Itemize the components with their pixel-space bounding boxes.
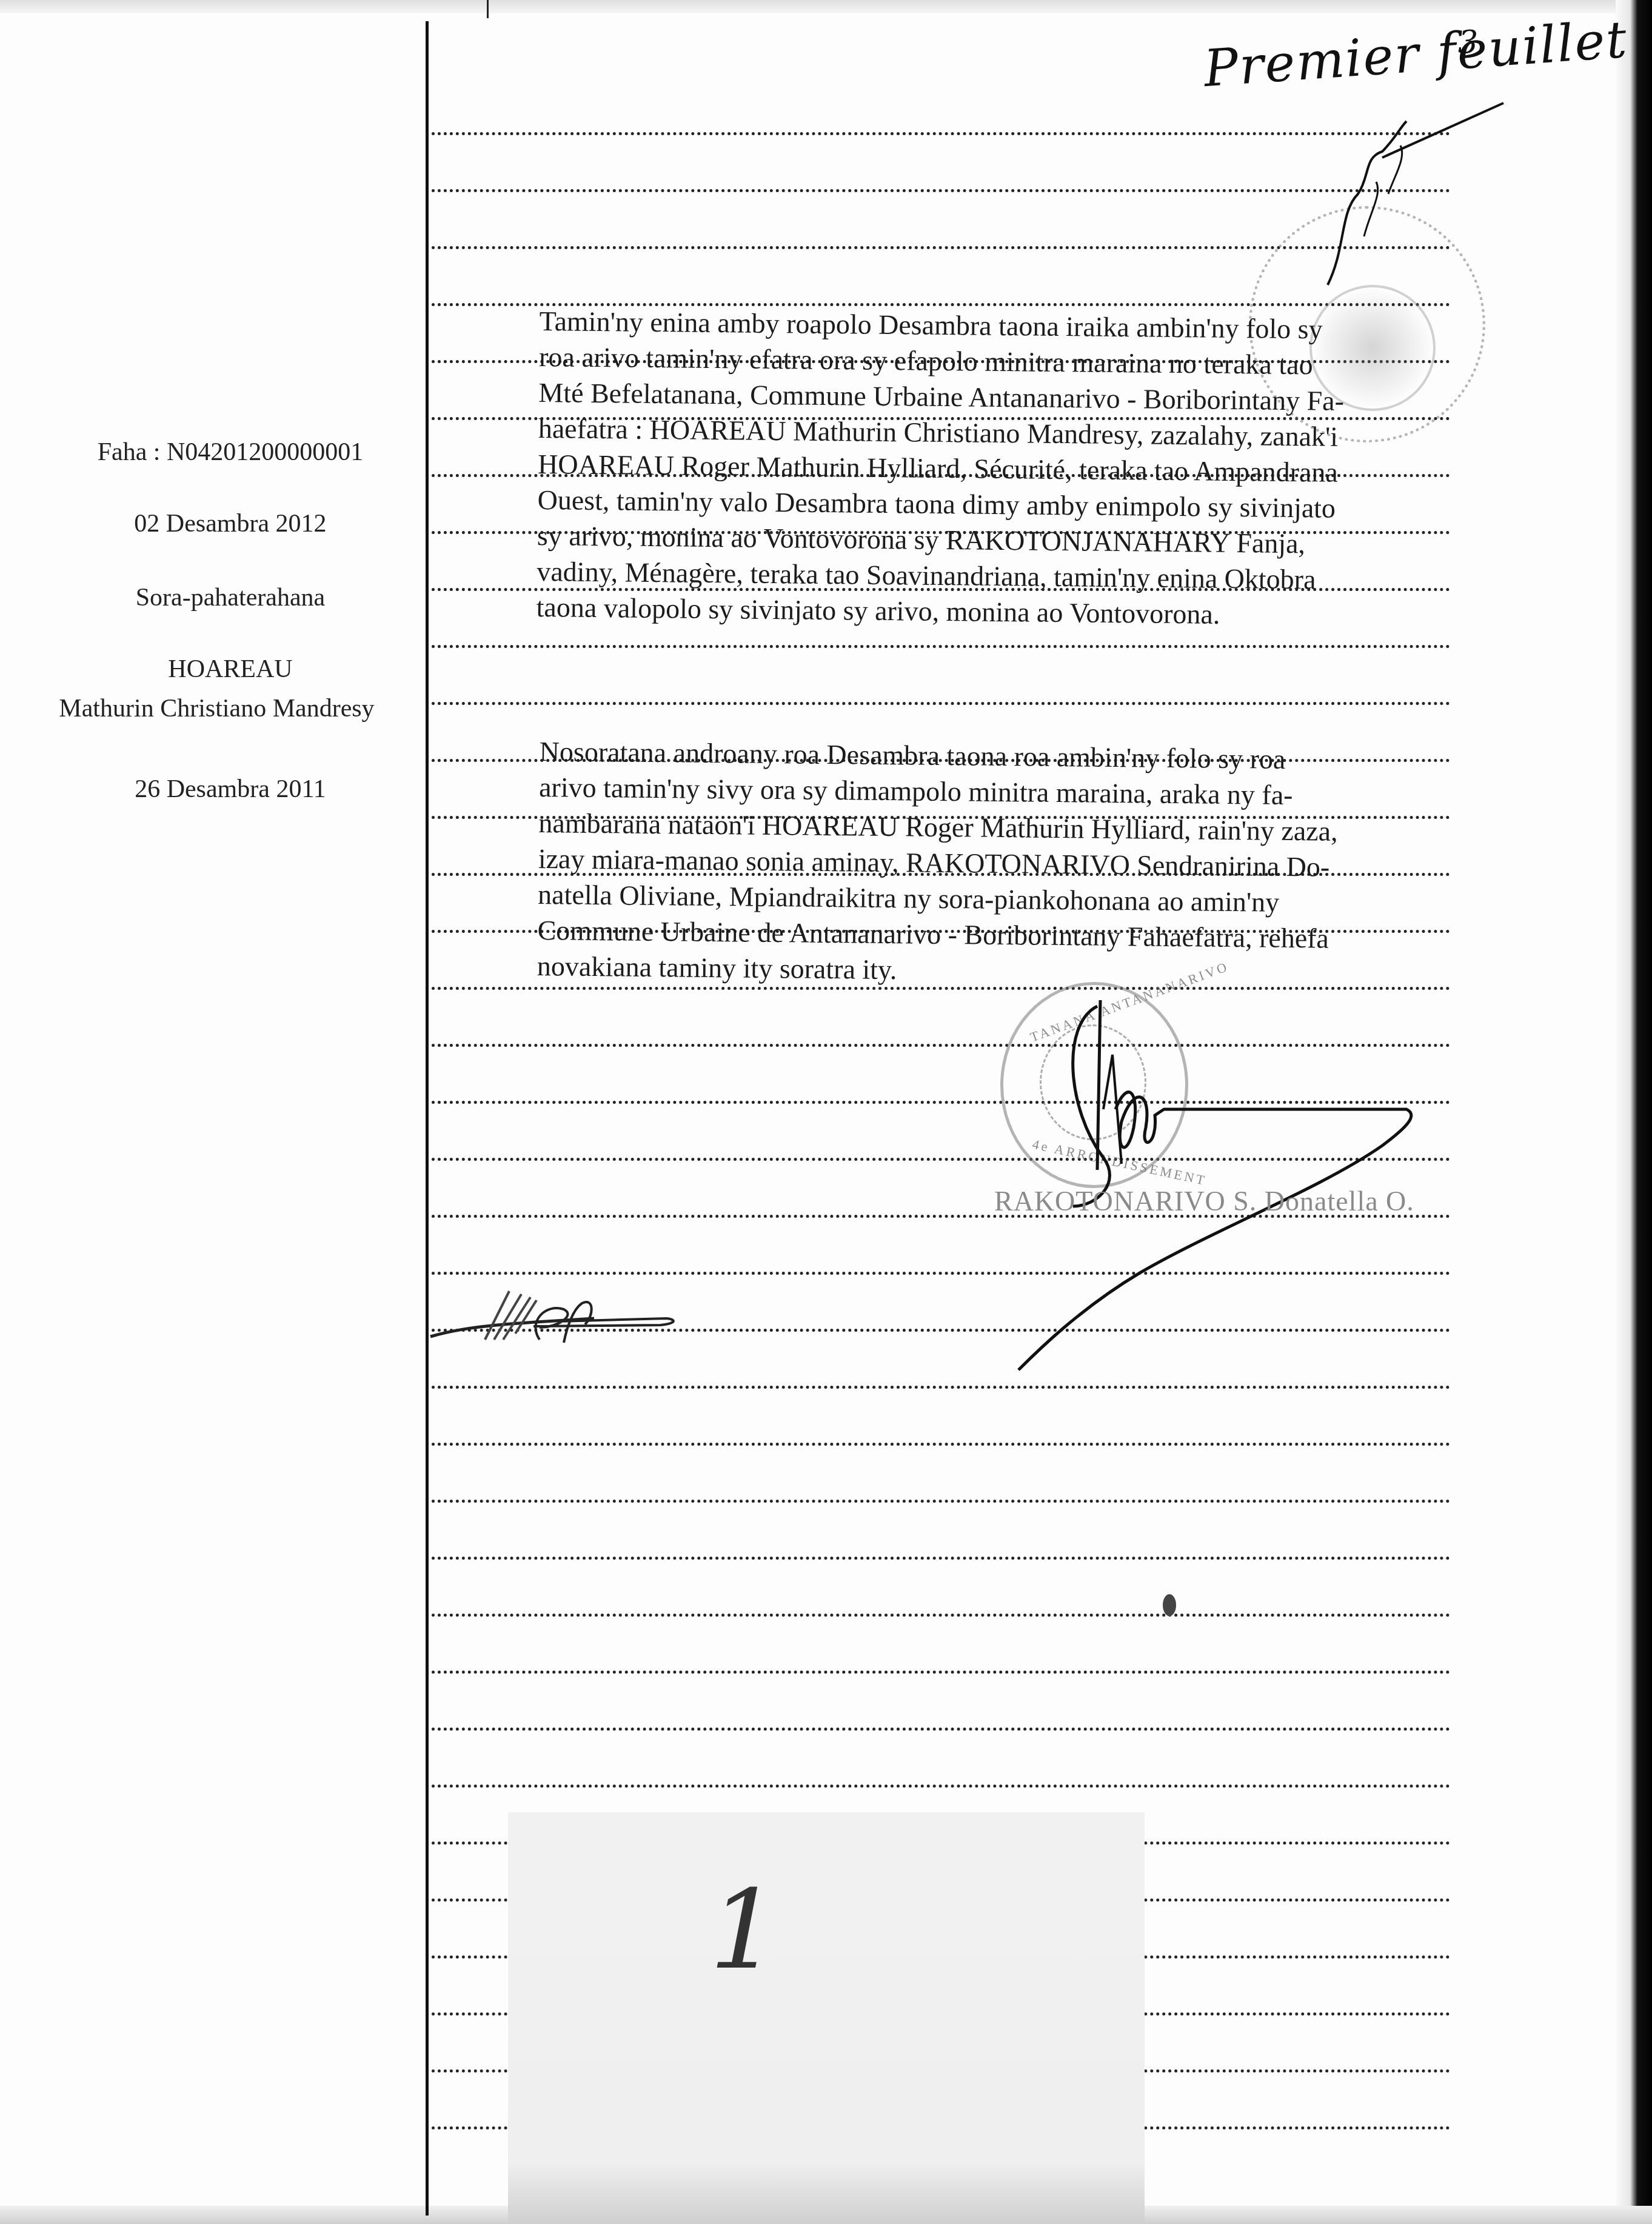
ruled-line	[432, 1557, 1450, 1560]
handwritten-title: Premier feuillet	[1202, 10, 1630, 99]
handwritten-page-mark: 3	[1458, 24, 1478, 61]
child-surname: HOAREAU	[0, 655, 461, 684]
ruled-line	[432, 645, 1450, 648]
officer-signature-icon	[958, 988, 1473, 1376]
document-page: Premier feuillet 3 Faha : N0420120000000…	[0, 0, 1652, 2224]
birth-record-paragraph: Tamin'ny enina amby roapolo Desambra tao…	[536, 303, 1497, 635]
ink-blot	[1163, 1594, 1176, 1616]
ruled-line	[432, 1386, 1450, 1389]
ruled-line	[432, 1614, 1450, 1617]
registration-date: 26 Desambra 2011	[0, 775, 461, 804]
ruled-line	[432, 1728, 1450, 1731]
ruled-line	[432, 132, 1450, 135]
declarant-signature-icon	[424, 1285, 679, 1352]
ruled-line	[432, 702, 1450, 705]
fold-tick	[487, 0, 489, 18]
margin-rule	[426, 21, 429, 2216]
ruled-line	[432, 189, 1450, 192]
record-date: 02 Desambra 2012	[0, 509, 461, 538]
ruled-line	[432, 1671, 1450, 1674]
scan-right-edge	[1616, 0, 1652, 2224]
record-type: Sora-pahaterahana	[0, 583, 461, 612]
scan-top-edge	[0, 0, 1652, 13]
record-number: Faha : N04201200000001	[0, 438, 461, 467]
ruled-line	[432, 1785, 1450, 1788]
officer-name: RAKOTONARIVO S. Donatella O.	[994, 1185, 1414, 1217]
registration-paragraph: Nosoratana androany roa Desambra taona r…	[537, 733, 1497, 994]
handwritten-sheet-number: 1	[709, 1867, 779, 1994]
child-given-names: Mathurin Christiano Mandresy	[0, 694, 433, 723]
top-signature-icon	[1303, 91, 1510, 291]
ruled-line	[432, 1443, 1450, 1446]
ruled-line	[432, 1500, 1450, 1503]
page-number-sticker	[508, 1812, 1145, 2224]
